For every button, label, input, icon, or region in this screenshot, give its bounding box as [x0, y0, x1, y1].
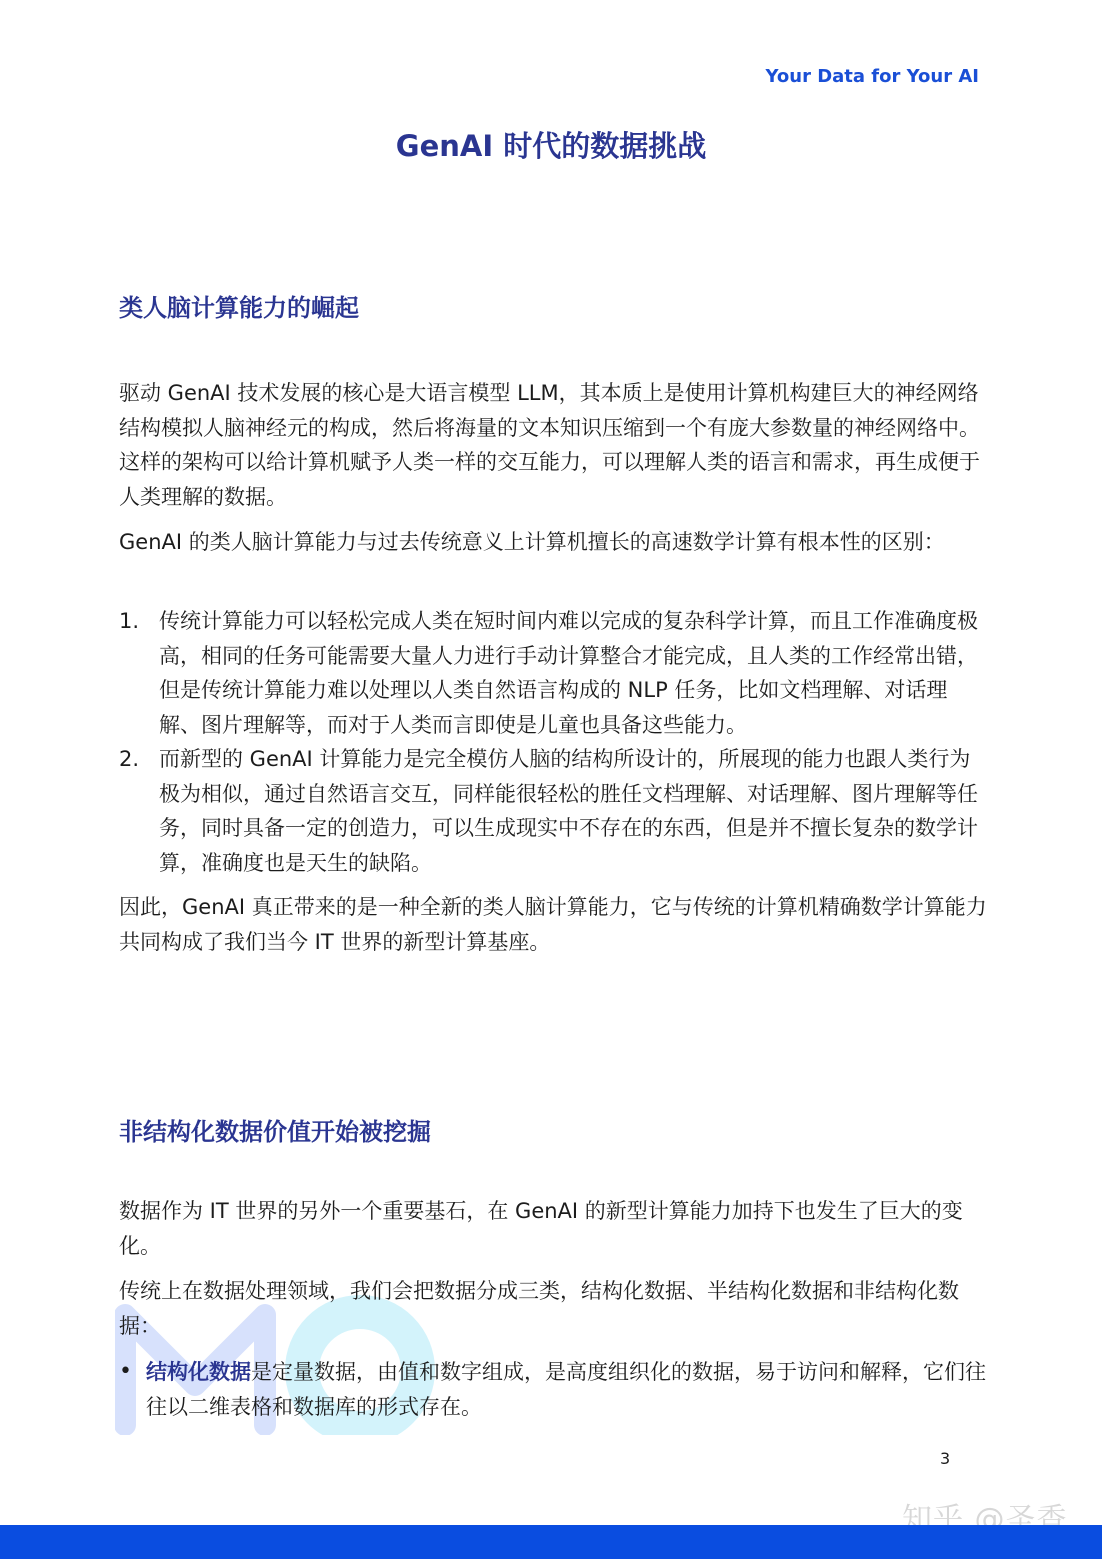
page-title: GenAI 时代的数据挑战	[0, 124, 1102, 165]
paragraph-data-foundation: 数据作为 IT 世界的另外一个重要基石，在 GenAI 的新型计算能力加持下也发…	[119, 1194, 987, 1263]
page-number: 3	[940, 1449, 950, 1468]
list-number: 1.	[119, 604, 139, 639]
header-tagline: Your Data for Your AI	[766, 66, 980, 87]
list-item-text: 传统计算能力可以轻松完成人类在短时间内难以完成的复杂科学计算，而且工作准确度极高…	[159, 609, 978, 737]
section-title-brain-computing: 类人脑计算能力的崛起	[119, 288, 359, 323]
paragraph-difference: GenAI 的类人脑计算能力与过去传统意义上计算机擅长的高速数学计算有根本性的区…	[119, 525, 987, 560]
bullet-dot-icon: •	[119, 1355, 132, 1390]
list-number: 2.	[119, 742, 139, 777]
list-item: 1. 传统计算能力可以轻松完成人类在短时间内难以完成的复杂科学计算，而且工作准确…	[119, 604, 987, 742]
bullet-item-structured: • 结构化数据是定量数据，由值和数字组成，是高度组织化的数据，易于访问和解释，它…	[119, 1355, 987, 1424]
paragraph-conclusion: 因此，GenAI 真正带来的是一种全新的类人脑计算能力，它与传统的计算机精确数学…	[119, 890, 987, 959]
bullet-text: 是定量数据，由值和数字组成，是高度组织化的数据，易于访问和解释，它们往往以二维表…	[146, 1360, 986, 1419]
list-item: 2. 而新型的 GenAI 计算能力是完全模仿人脑的结构所设计的，所展现的能力也…	[119, 742, 987, 880]
paragraph-llm-intro: 驱动 GenAI 技术发展的核心是大语言模型 LLM，其本质上是使用计算机构建巨…	[119, 376, 987, 514]
list-item-text: 而新型的 GenAI 计算能力是完全模仿人脑的结构所设计的，所展现的能力也跟人类…	[159, 747, 978, 875]
numbered-list: 1. 传统计算能力可以轻松完成人类在短时间内难以完成的复杂科学计算，而且工作准确…	[119, 604, 987, 880]
paragraph-data-types: 传统上在数据处理领域，我们会把数据分成三类，结构化数据、半结构化数据和非结构化数…	[119, 1274, 987, 1343]
section-title-unstructured-data: 非结构化数据价值开始被挖掘	[119, 1112, 431, 1147]
bullet-highlight: 结构化数据	[146, 1360, 251, 1384]
footer-bar	[0, 1525, 1102, 1559]
